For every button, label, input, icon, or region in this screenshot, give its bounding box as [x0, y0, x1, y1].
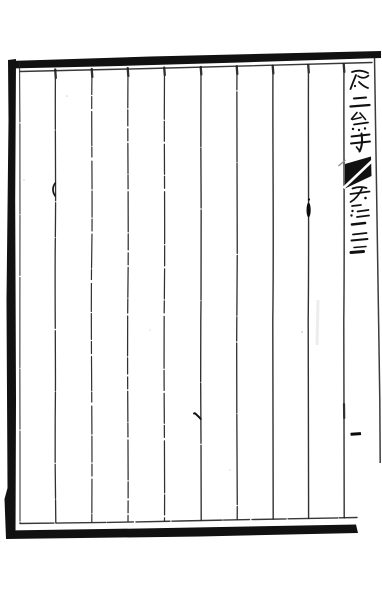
- partial-cjk-glyph: [352, 113, 369, 132]
- partial-cjk-glyph: [352, 223, 365, 225]
- column-rule: [201, 67, 202, 521]
- column-rule: [128, 68, 129, 521]
- book-page-scan: [0, 0, 382, 593]
- banxin-title-glyphs: [351, 71, 371, 152]
- partial-cjk-glyph: [351, 247, 366, 253]
- column-rule: [273, 65, 274, 519]
- inner-bottom-rule: [20, 518, 357, 524]
- partial-cjk-glyph: [350, 205, 369, 217]
- column-rule: [344, 64, 345, 518]
- border-bottom: [6, 525, 358, 540]
- banxin-volume-glyphs: [350, 187, 369, 253]
- paper-specks: [23, 95, 303, 471]
- partial-cjk-glyph: [351, 134, 370, 152]
- partial-cjk-glyph: [351, 187, 370, 202]
- column-rule: [237, 66, 238, 520]
- border-top: [9, 51, 381, 69]
- column-rules: [55, 64, 344, 523]
- partial-cjk-glyph: [351, 98, 370, 107]
- outer-border: [5, 51, 382, 539]
- page-number-dash: [350, 432, 361, 436]
- partial-cjk-glyph: [351, 71, 369, 89]
- column-rule: [308, 65, 309, 519]
- banxin-separator-line: [375, 57, 381, 463]
- partial-cjk-glyph: [352, 233, 368, 241]
- inner-left-rule: [20, 62, 21, 523]
- faint-smudge: [317, 300, 318, 345]
- tick-mark: [193, 413, 201, 420]
- inner-frame-lines: [20, 62, 373, 524]
- column-rule: [164, 67, 165, 521]
- scanned-book-page: [0, 0, 382, 593]
- column-rule: [55, 69, 56, 522]
- border-left: [5, 59, 17, 539]
- column-rule: [91, 69, 92, 522]
